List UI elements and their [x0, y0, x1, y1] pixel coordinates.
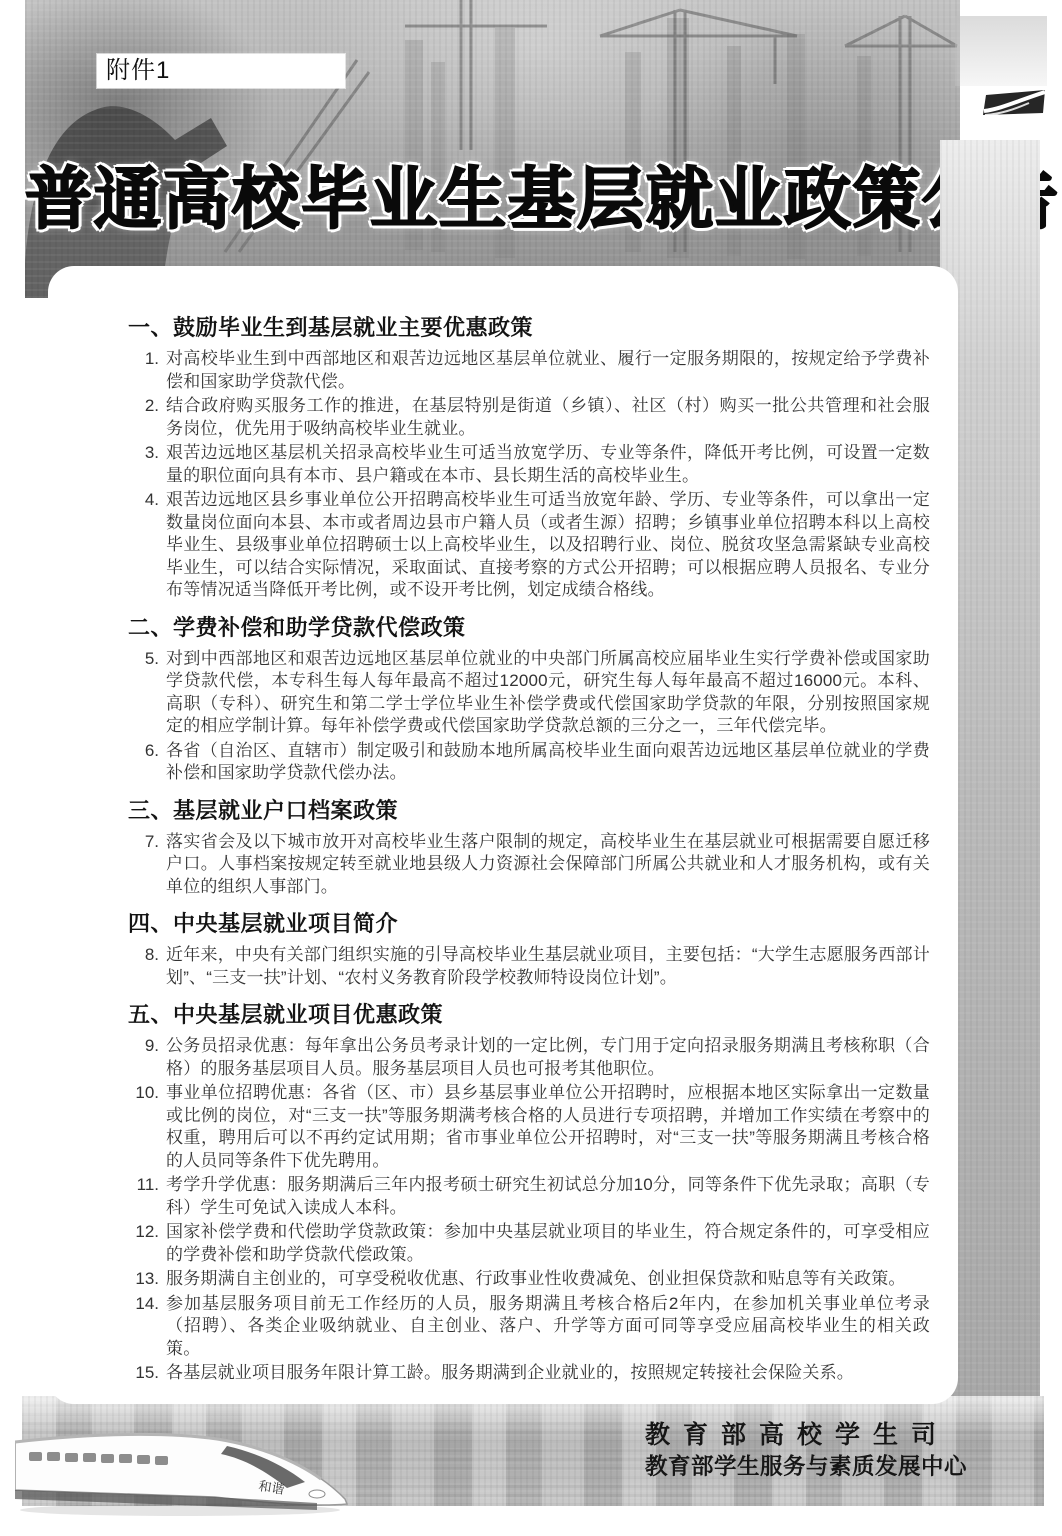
swoosh-logo-icon	[983, 88, 1045, 118]
section-heading: 四、中央基层就业项目简介	[128, 910, 930, 938]
item-number: 9.	[132, 1035, 159, 1058]
item-text: 国家补偿学费和代偿助学贷款政策：参加中央基层就业项目的毕业生，符合规定条件的，可…	[166, 1221, 930, 1266]
item-text: 各基层就业项目服务年限计算工龄。服务期满到企业就业的，按照规定转接社会保险关系。	[166, 1362, 930, 1385]
policy-content-panel: 一、鼓励毕业生到基层就业主要优惠政策 1. 对高校毕业生到中西部地区和艰苦边远地…	[48, 266, 958, 1404]
section-heading: 一、鼓励毕业生到基层就业主要优惠政策	[128, 314, 930, 342]
list-item: 4. 艰苦边远地区县乡事业单位公开招聘高校毕业生可适当放宽年龄、学历、专业等条件…	[132, 489, 930, 602]
list-item: 13. 服务期满自主创业的，可享受税收优惠、行政事业性收费减免、创业担保贷款和贴…	[132, 1268, 930, 1291]
item-text: 对到中西部地区和艰苦边远地区基层单位就业的中央部门所属高校应届毕业生实行学费补偿…	[166, 648, 930, 738]
item-number: 2.	[132, 395, 159, 418]
list-item: 3. 艰苦边远地区基层机关招录高校毕业生可适当放宽学历、专业等条件，降低开考比例…	[132, 442, 930, 487]
item-text: 艰苦边远地区县乡事业单位公开招聘高校毕业生可适当放宽年龄、学历、专业等条件，可以…	[166, 489, 930, 602]
list-item: 12. 国家补偿学费和代偿助学贷款政策：参加中央基层就业项目的毕业生，符合规定条…	[132, 1221, 930, 1266]
item-number: 8.	[132, 944, 159, 967]
policy-section-3: 三、基层就业户口档案政策 7. 落实省会及以下城市放开对高校毕业生落户限制的规定…	[132, 797, 930, 899]
item-text: 对高校毕业生到中西部地区和艰苦边远地区基层单位就业、履行一定服务期限的，按规定给…	[166, 348, 930, 393]
page-title: 普通高校毕业生基层就业政策公告	[25, 146, 1037, 242]
list-item: 11. 考学升学优惠：服务期满后三年内报考硕士研究生初试总分加10分，同等条件下…	[132, 1174, 930, 1219]
item-number: 6.	[132, 740, 159, 763]
section-heading: 二、学费补偿和助学贷款代偿政策	[128, 614, 930, 642]
footer-issuer-line2: 教育部学生服务与素质发展中心	[645, 1452, 1005, 1482]
policy-section-4: 四、中央基层就业项目简介 8. 近年来，中央有关部门组织实施的引导高校毕业生基层…	[132, 910, 930, 989]
item-text: 服务期满自主创业的，可享受税收优惠、行政事业性收费减免、创业担保贷款和贴息等有关…	[166, 1268, 930, 1291]
item-text: 事业单位招聘优惠：各省（区、市）县乡基层事业单位公开招聘时，应根据本地区实际拿出…	[166, 1082, 930, 1172]
item-number: 10.	[132, 1082, 159, 1105]
list-item: 14. 参加基层服务项目前无工作经历的人员，服务期满且考核合格后2年内，在参加机…	[132, 1293, 930, 1361]
list-item: 5. 对到中西部地区和艰苦边远地区基层单位就业的中央部门所属高校应届毕业生实行学…	[132, 648, 930, 738]
footer-issuers: 教育部高校学生司 教育部学生服务与素质发展中心	[645, 1420, 1005, 1482]
item-text: 考学升学优惠：服务期满后三年内报考硕士研究生初试总分加10分，同等条件下优先录取…	[166, 1174, 930, 1219]
item-number: 3.	[132, 442, 159, 465]
footer-issuer-line1: 教育部高校学生司	[645, 1420, 1005, 1450]
section-heading: 五、中央基层就业项目优惠政策	[128, 1001, 930, 1029]
item-text: 公务员招录优惠：每年拿出公务员考录计划的一定比例，专门用于定向招录服务期满且考核…	[166, 1035, 930, 1080]
policy-section-5: 五、中央基层就业项目优惠政策 9. 公务员招录优惠：每年拿出公务员考录计划的一定…	[132, 1001, 930, 1385]
list-item: 15. 各基层就业项目服务年限计算工龄。服务期满到企业就业的，按照规定转接社会保…	[132, 1362, 930, 1385]
list-item: 9. 公务员招录优惠：每年拿出公务员考录计划的一定比例，专门用于定向招录服务期满…	[132, 1035, 930, 1080]
section-heading: 三、基层就业户口档案政策	[128, 797, 930, 825]
list-item: 2. 结合政府购买服务工作的推进，在基层特别是街道（乡镇）、社区（村）购买一批公…	[132, 395, 930, 440]
item-number: 4.	[132, 489, 159, 512]
item-number: 13.	[132, 1268, 159, 1291]
attachment-label-box: 附件1	[97, 54, 345, 88]
item-number: 14.	[132, 1293, 159, 1316]
policy-section-1: 一、鼓励毕业生到基层就业主要优惠政策 1. 对高校毕业生到中西部地区和艰苦边远地…	[132, 314, 930, 602]
list-item: 7. 落实省会及以下城市放开对高校毕业生落户限制的规定，高校毕业生在基层就业可根…	[132, 831, 930, 899]
list-item: 6. 各省（自治区、直辖市）制定吸引和鼓励本地所属高校毕业生面向艰苦边远地区基层…	[132, 740, 930, 785]
train-image: 和谐	[15, 1406, 360, 1520]
list-item: 1. 对高校毕业生到中西部地区和艰苦边远地区基层单位就业、履行一定服务期限的，按…	[132, 348, 930, 393]
item-text: 艰苦边远地区基层机关招录高校毕业生可适当放宽学历、专业等条件，降低开考比例，可设…	[166, 442, 930, 487]
policy-section-2: 二、学费补偿和助学贷款代偿政策 5. 对到中西部地区和艰苦边远地区基层单位就业的…	[132, 614, 930, 785]
attachment-label: 附件1	[97, 54, 170, 88]
item-text: 近年来，中央有关部门组织实施的引导高校毕业生基层就业项目，主要包括：“大学生志愿…	[166, 944, 930, 989]
item-text: 各省（自治区、直辖市）制定吸引和鼓励本地所属高校毕业生面向艰苦边远地区基层单位就…	[166, 740, 930, 785]
item-text: 结合政府购买服务工作的推进，在基层特别是街道（乡镇）、社区（村）购买一批公共管理…	[166, 395, 930, 440]
item-number: 11.	[132, 1174, 159, 1197]
item-number: 1.	[132, 348, 159, 371]
item-number: 15.	[132, 1362, 159, 1385]
list-item: 8. 近年来，中央有关部门组织实施的引导高校毕业生基层就业项目，主要包括：“大学…	[132, 944, 930, 989]
header-edge-wash	[955, 16, 1047, 86]
item-number: 7.	[132, 831, 159, 854]
item-text: 参加基层服务项目前无工作经历的人员，服务期满且考核合格后2年内，在参加机关事业单…	[166, 1293, 930, 1361]
item-number: 5.	[132, 648, 159, 671]
list-item: 10. 事业单位招聘优惠：各省（区、市）县乡基层事业单位公开招聘时，应根据本地区…	[132, 1082, 930, 1172]
item-text: 落实省会及以下城市放开对高校毕业生落户限制的规定，高校毕业生在基层就业可根据需要…	[166, 831, 930, 899]
item-number: 12.	[132, 1221, 159, 1244]
